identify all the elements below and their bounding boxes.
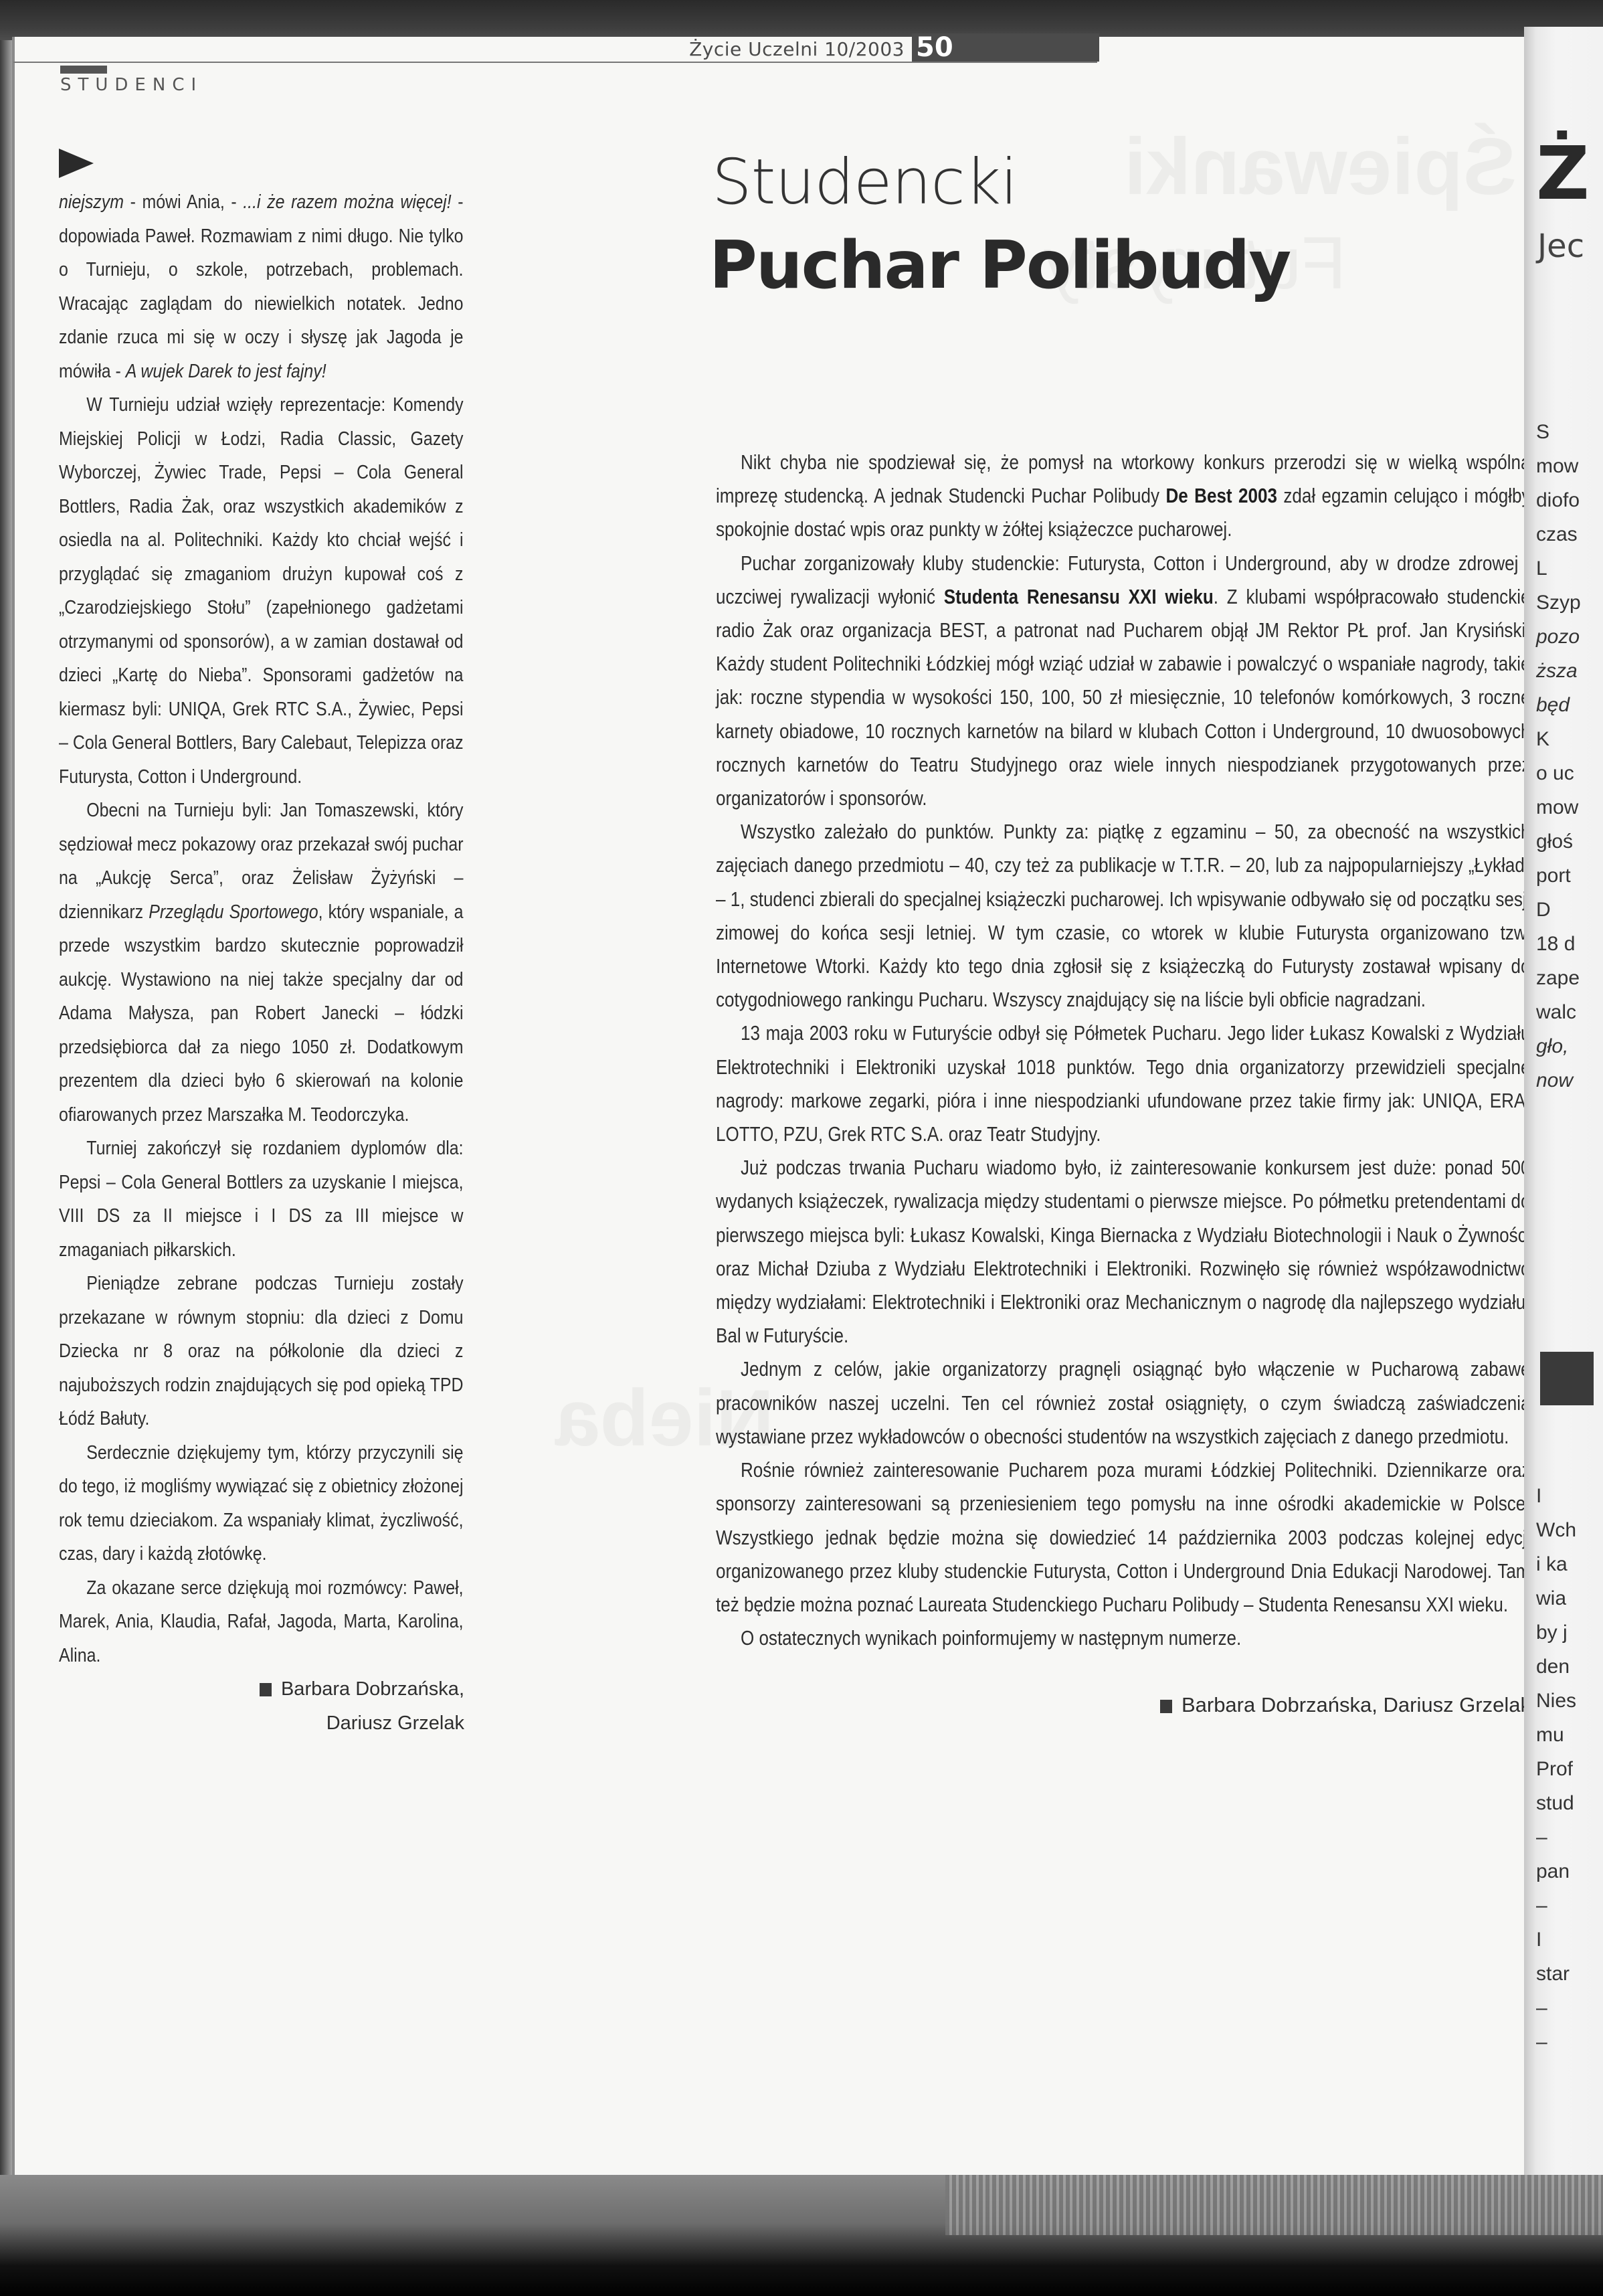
article-paragraph-8: O ostatecznych wynikach poinformujemy w …	[716, 1621, 1531, 1655]
article-body: Nikt chyba nie spodziewał się, że pomysł…	[716, 446, 1531, 1723]
article-title-line2: Puchar Polibudy	[709, 228, 1290, 304]
text-line: 18 d	[1536, 927, 1581, 961]
left-paragraph-1: niejszym - mówi Ania, - ...i że razem mo…	[59, 185, 464, 388]
bold-text-segment: Studenta Renesansu XXI wieku	[944, 585, 1214, 608]
text-line: by j	[1536, 1615, 1576, 1650]
article-paragraph-3: Wszystko zależało do punktów. Punkty za:…	[716, 815, 1531, 1017]
scan-background-texture	[945, 2175, 1603, 2235]
text-line: o uc	[1536, 756, 1581, 790]
text-line: zape	[1536, 961, 1581, 995]
adjacent-heading-block	[1540, 1352, 1594, 1405]
text-line: now	[1536, 1063, 1581, 1097]
text-line: stud	[1536, 1786, 1576, 1820]
page-number: 50	[912, 33, 1099, 62]
text-line: L	[1536, 551, 1581, 586]
left-paragraph-3: Obecni na Turnieju byli: Jan Tomaszewski…	[59, 794, 464, 1132]
article-paragraph-7: Rośnie również zainteresowanie Pucharem …	[716, 1453, 1531, 1621]
text-segment: , który wspaniale, a przede wszystkim ba…	[59, 901, 464, 1126]
text-line: mow	[1536, 449, 1581, 483]
text-line: port	[1536, 859, 1581, 893]
left-paragraph-2: W Turnieju udział wzięły reprezentacje: …	[59, 388, 464, 794]
text-line: głoś	[1536, 824, 1581, 859]
adjacent-subtitle: Jec	[1537, 228, 1584, 265]
end-square-icon	[260, 1683, 272, 1696]
text-line: star	[1536, 1957, 1576, 1991]
text-segment: niejszym	[59, 191, 124, 213]
text-line: I	[1536, 1923, 1576, 1957]
article-paragraph-6: Jednym z celów, jakie organizatorzy prag…	[716, 1352, 1531, 1453]
text-line: Nies	[1536, 1684, 1576, 1718]
adjacent-title-letter: Ż	[1536, 130, 1590, 216]
text-line: S	[1536, 415, 1581, 449]
adjacent-text-top: S mow diofo czas L Szyp pozo ższa będ K …	[1536, 415, 1581, 1097]
continuation-arrow-icon	[59, 149, 94, 178]
text-segment: A wujek Darek to jest fajny!	[126, 361, 326, 382]
text-line: mu	[1536, 1718, 1576, 1752]
text-segment: . Z klubami współpracowało studenckie ra…	[716, 585, 1531, 810]
left-paragraph-4: Turniej zakończył się rozdaniem dyplomów…	[59, 1132, 464, 1267]
text-line: I	[1536, 1479, 1576, 1513]
text-line: –	[1536, 1991, 1576, 2025]
text-line: Wch	[1536, 1513, 1576, 1547]
adjacent-page-fragment: Ż Jec S mow diofo czas L Szyp pozo ższa …	[1524, 27, 1603, 2182]
section-bar	[60, 66, 107, 74]
text-line: ższa	[1536, 654, 1581, 688]
text-line: gło,	[1536, 1029, 1581, 1063]
article-author-signature: Barbara Dobrzańska, Dariusz Grzelak	[716, 1688, 1531, 1722]
text-segment: - mówi Ania, -	[124, 191, 243, 213]
text-line: pan	[1536, 1854, 1576, 1888]
text-line: D	[1536, 893, 1581, 927]
left-author-signature: Barbara Dobrzańska, Dariusz Grzelak	[59, 1672, 464, 1740]
text-line: K	[1536, 722, 1581, 756]
article-paragraph-4: 13 maja 2003 roku w Futuryście odbył się…	[716, 1017, 1531, 1151]
article-title-line1: Studencki	[712, 146, 1017, 219]
author-names: Barbara Dobrzańska, Dariusz Grzelak	[1182, 1693, 1531, 1716]
text-line: diofo	[1536, 483, 1581, 517]
adjacent-text-bottom: I Wch i ka wia by j den Nies mu Prof stu…	[1536, 1479, 1576, 2059]
text-line: wia	[1536, 1581, 1576, 1615]
left-column-text: niejszym - mówi Ania, - ...i że razem mo…	[59, 185, 464, 1740]
text-line: –	[1536, 1820, 1576, 1854]
left-paragraph-5: Pieniądze zebrane podczas Turnieju zosta…	[59, 1267, 464, 1436]
end-square-icon	[1160, 1700, 1172, 1713]
bold-text-segment: De Best 2003	[1165, 484, 1277, 507]
text-line: walc	[1536, 995, 1581, 1029]
text-line: den	[1536, 1650, 1576, 1684]
text-line: Prof	[1536, 1752, 1576, 1786]
article-paragraph-1: Nikt chyba nie spodziewał się, że pomysł…	[716, 446, 1531, 547]
text-line: Szyp	[1536, 586, 1581, 620]
text-line: –	[1536, 2025, 1576, 2059]
section-label: STUDENCI	[60, 75, 203, 95]
publication-title: Życie Uczelni 10/2003	[669, 37, 905, 62]
article-paragraph-2: Puchar zorganizowały kluby studenckie: F…	[716, 547, 1531, 816]
article-paragraph-5: Już podczas trwania Pucharu wiadomo było…	[716, 1151, 1531, 1352]
text-line: i ka	[1536, 1547, 1576, 1581]
text-line: –	[1536, 1888, 1576, 1923]
text-line: mow	[1536, 790, 1581, 824]
text-line: czas	[1536, 517, 1581, 551]
author-name: Dariusz Grzelak	[59, 1706, 464, 1741]
left-paragraph-7: Za okazane serce dziękują moi rozmówcy: …	[59, 1571, 464, 1673]
author-name: Barbara Dobrzańska,	[281, 1678, 464, 1700]
text-line: pozo	[1536, 620, 1581, 654]
text-segment: ...i że razem można więcej!	[243, 191, 451, 213]
text-line: będ	[1536, 688, 1581, 722]
text-segment: Przeglądu Sportowego	[149, 901, 318, 923]
left-paragraph-6: Serdecznie dziękujemy tym, którzy przycz…	[59, 1436, 464, 1571]
text-segment: - dopowiada Paweł. Rozmawiam z nimi dług…	[59, 191, 464, 382]
